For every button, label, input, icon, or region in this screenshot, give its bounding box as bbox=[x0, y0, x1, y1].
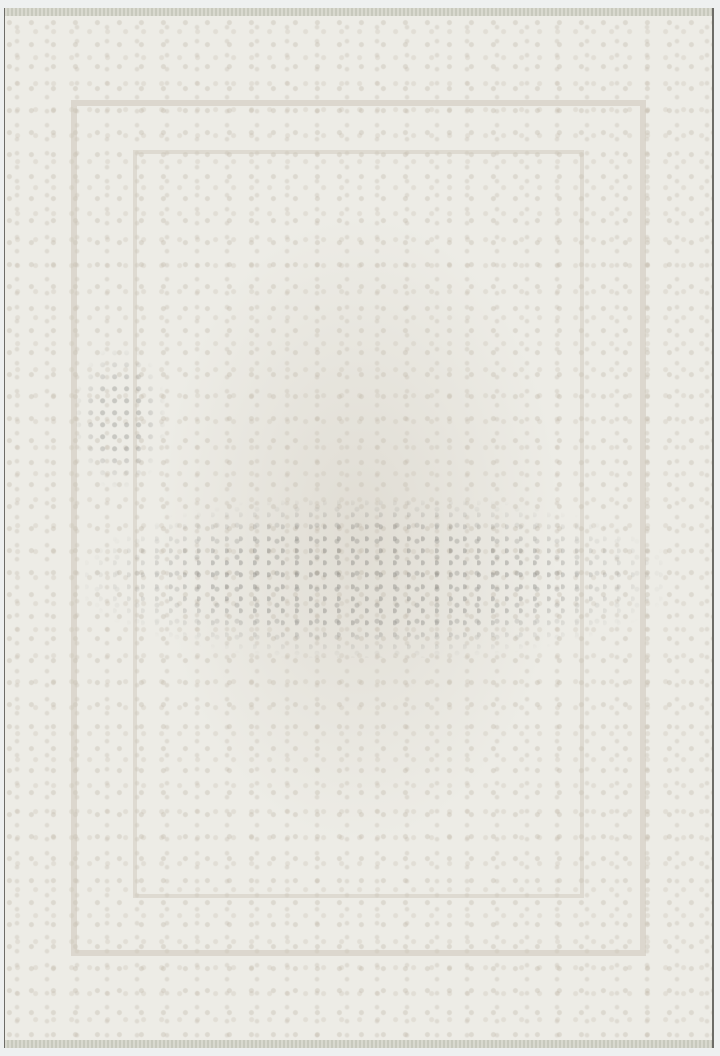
bottom-fringe bbox=[5, 1040, 712, 1048]
dark-distressed-motif-left bbox=[75, 348, 165, 488]
top-fringe bbox=[5, 8, 712, 16]
dark-distressed-motif-band bbox=[85, 498, 665, 658]
rug bbox=[4, 8, 714, 1048]
